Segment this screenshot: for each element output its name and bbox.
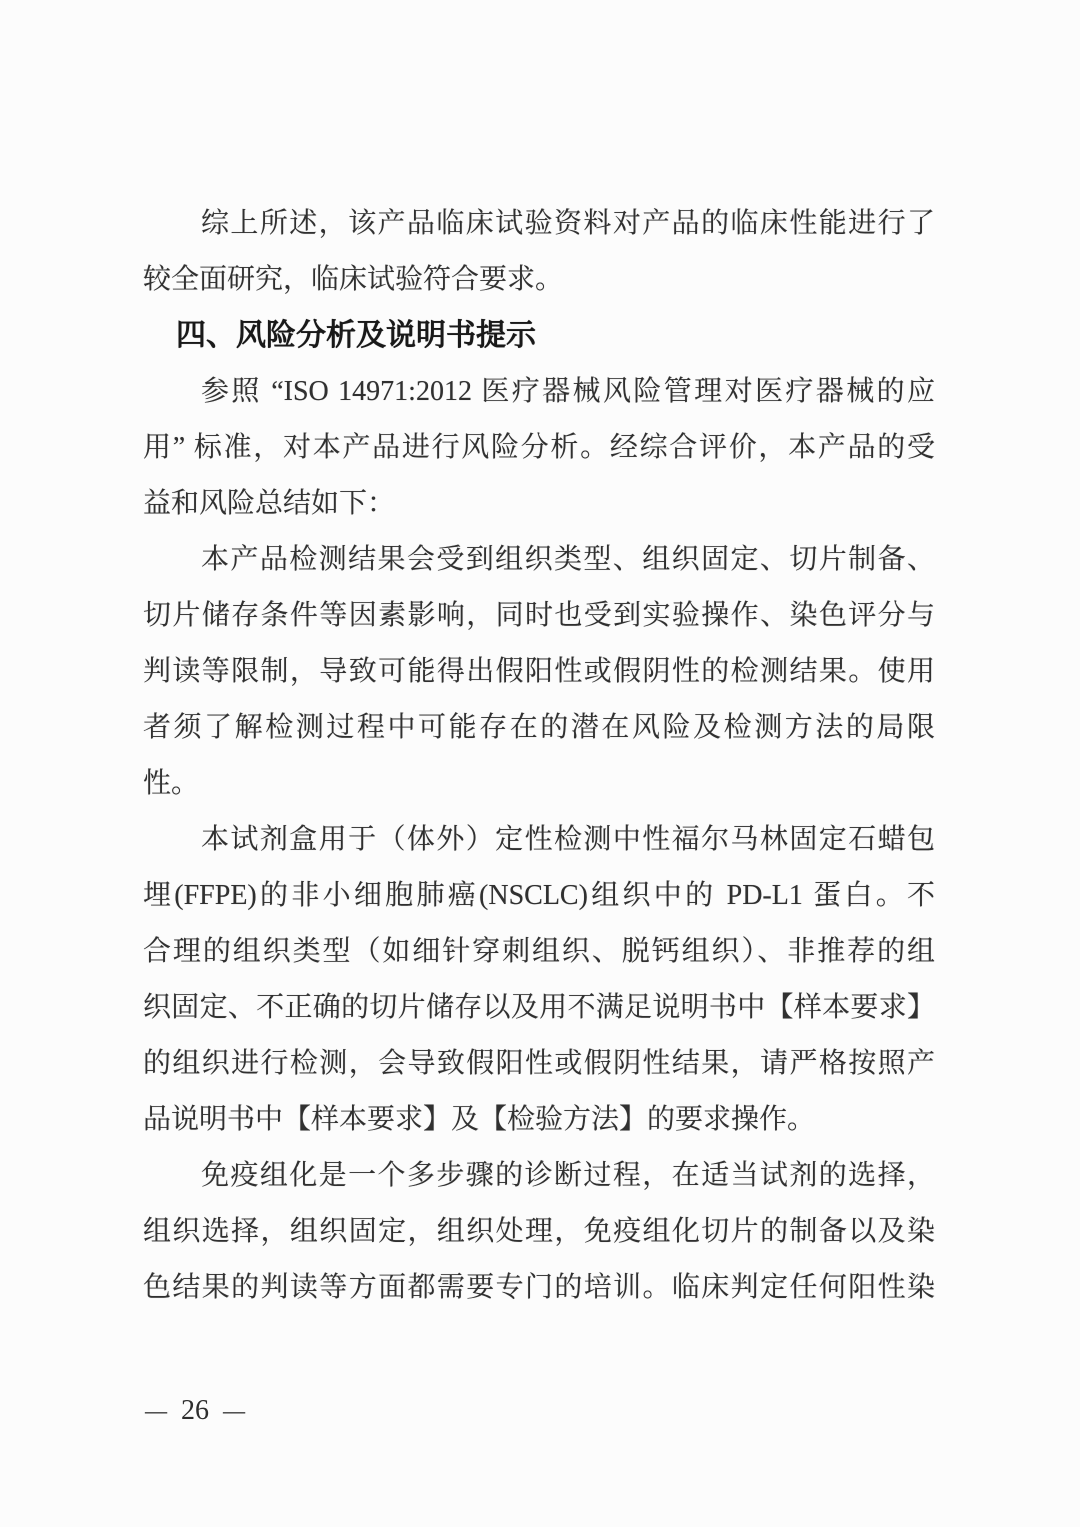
para4-line1: 本试剂盒用于（体外）定性检测中性福尔马林固定石蜡包	[143, 812, 935, 868]
para4-line4: 织固定、不正确的切片储存以及用不满足说明书中【样本要求】	[143, 980, 935, 1036]
para5-line1: 免疫组化是一个多步骤的诊断过程，在适当试剂的选择，	[143, 1148, 935, 1204]
para5-line2: 组织选择，组织固定，组织处理，免疫组化切片的制备以及染	[143, 1204, 935, 1260]
para4-line6: 品说明书中【样本要求】及【检验方法】的要求操作。	[143, 1092, 935, 1148]
para2-line1: 参照 “ISO 14971:2012 医疗器械风险管理对医疗器械的应	[143, 364, 935, 420]
para4-line2: 埋(FFPE)的非小细胞肺癌(NSCLC)组织中的 PD-L1 蛋白。不	[143, 868, 935, 924]
para4-line3: 合理的组织类型（如细针穿刺组织、脱钙组织）、非推荐的组	[143, 924, 935, 980]
page-number-right-dash: —	[223, 1396, 245, 1426]
para3-line3: 判读等限制，导致可能得出假阳性或假阴性的检测结果。使用	[143, 644, 935, 700]
document-body: 综上所述，该产品临床试验资料对产品的临床性能进行了 较全面研究，临床试验符合要求…	[143, 196, 935, 1316]
para3-line5: 性。	[143, 756, 935, 812]
para1-line1: 综上所述，该产品临床试验资料对产品的临床性能进行了	[143, 196, 935, 252]
para4-line5: 的组织进行检测，会导致假阳性或假阴性结果，请严格按照产	[143, 1036, 935, 1092]
para3-line4: 者须了解检测过程中可能存在的潜在风险及检测方法的局限	[143, 700, 935, 756]
para3-line2: 切片储存条件等因素影响，同时也受到实验操作、染色评分与	[143, 588, 935, 644]
para5-line3: 色结果的判读等方面都需要专门的培训。临床判定任何阳性染	[143, 1260, 935, 1316]
page-number-left-dash: —	[145, 1396, 167, 1426]
document-page: 综上所述，该产品临床试验资料对产品的临床性能进行了 较全面研究，临床试验符合要求…	[0, 0, 1080, 1527]
section-heading: 四、风险分析及说明书提示	[143, 308, 935, 364]
para2-line3: 益和风险总结如下：	[143, 476, 935, 532]
para1-line2: 较全面研究，临床试验符合要求。	[143, 252, 935, 308]
page-number: 26	[181, 1395, 209, 1427]
page-footer: — 26 —	[143, 1395, 247, 1427]
para2-line2: 用” 标准，对本产品进行风险分析。经综合评价，本产品的受	[143, 420, 935, 476]
para3-line1: 本产品检测结果会受到组织类型、组织固定、切片制备、	[143, 532, 935, 588]
